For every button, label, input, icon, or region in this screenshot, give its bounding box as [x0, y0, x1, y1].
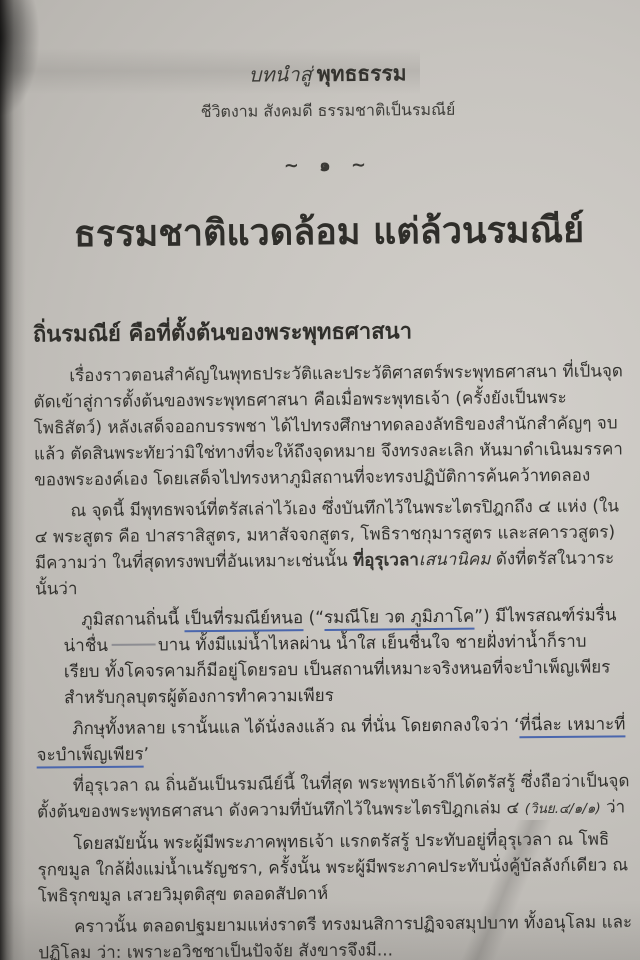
chapter-pretitle: บทนำสู่	[249, 62, 312, 87]
body-paragraph: ณ จุดนี้ มีพุทธพจน์ที่ตรัสเล่าไว้เอง ซึ่…	[34, 493, 629, 602]
pen-underlined-text: รมณีโย วต ภูมิภาโค	[324, 607, 474, 631]
text-segment: (“	[303, 608, 324, 628]
running-head: บทนำสู่ พุทธธรรม	[31, 55, 625, 93]
text-segment: ที่อุรุเวลา	[353, 550, 419, 571]
text-segment: เสนานิคม	[419, 550, 491, 571]
scripture-reference: (วินย.๔/๑/๑)	[525, 801, 601, 818]
book-page: บทนำสู่ พุทธธรรม ชีวิตงาม สังคมดี ธรรมชา…	[0, 0, 640, 960]
text-segment: ภิกษุทั้งหลาย เรานั้นแล ได้นั่งลงแล้ว ณ …	[72, 715, 519, 739]
section-heading: ถิ่นรมณีย์ คือที่ตั้งต้นของพระพุทธศาสนา	[33, 311, 627, 351]
text-segment: ว่า	[601, 797, 626, 817]
book-subtitle: ชีวิตงาม สังคมดี ธรรมชาติเป็นรมณีย์	[31, 96, 625, 126]
body-text: เรื่องราวตอนสำคัญในพุทธประวัติและประวัติ…	[33, 358, 632, 960]
body-paragraph: ที่อุรุเวลา ณ ถิ่นอันเป็นรมณีย์นี้ ในที่…	[37, 768, 631, 826]
quote-paragraph: คราวนั้น ตลอดปฐมยามแห่งราตรี ทรงมนสิการป…	[38, 909, 632, 960]
quote-paragraph: โดยสมัยนั้น พระผู้มีพระภาคพุทธเจ้า แรกตร…	[37, 826, 632, 909]
text-segment: เรื่องราวตอนสำคัญในพุทธประวัติและประวัติ…	[33, 361, 623, 490]
text-segment: คราวนั้น ตลอดปฐมยามแห่งราตรี ทรงมนสิการป…	[38, 912, 632, 960]
text-segment: ภูมิสถานถิ่นนี้	[81, 609, 184, 630]
quote-paragraph: ภิกษุทั้งหลาย เรานั้นแล ได้นั่งลงแล้ว ณ …	[36, 711, 630, 768]
pen-line-mark	[112, 643, 156, 645]
body-paragraph: เรื่องราวตอนสำคัญในพุทธประวัติและประวัติ…	[33, 358, 628, 493]
text-segment: โดยสมัยนั้น พระผู้มีพระภาคพุทธเจ้า แรกตร…	[37, 830, 628, 907]
text-segment: ’	[144, 745, 150, 765]
pen-underlined-text: เป็นที่รมณีย์หนอ	[184, 608, 303, 632]
book-page-photo: บทนำสู่ พุทธธรรม ชีวิตงาม สังคมดี ธรรมชา…	[0, 0, 640, 960]
quote-paragraph: ภูมิสถานถิ่นนี้ เป็นที่รมณีย์หนอ (“รมณีโ…	[63, 602, 622, 711]
chapter-title: ธรรมชาติแวดล้อม แต่ล้วนรมณีย์	[32, 200, 626, 262]
chapter-number-marker: ~ ๑ ~	[31, 147, 625, 181]
page-header: บทนำสู่ พุทธธรรม ชีวิตงาม สังคมดี ธรรมชา…	[31, 55, 627, 262]
book-title: พุทธธรรม	[317, 61, 407, 86]
